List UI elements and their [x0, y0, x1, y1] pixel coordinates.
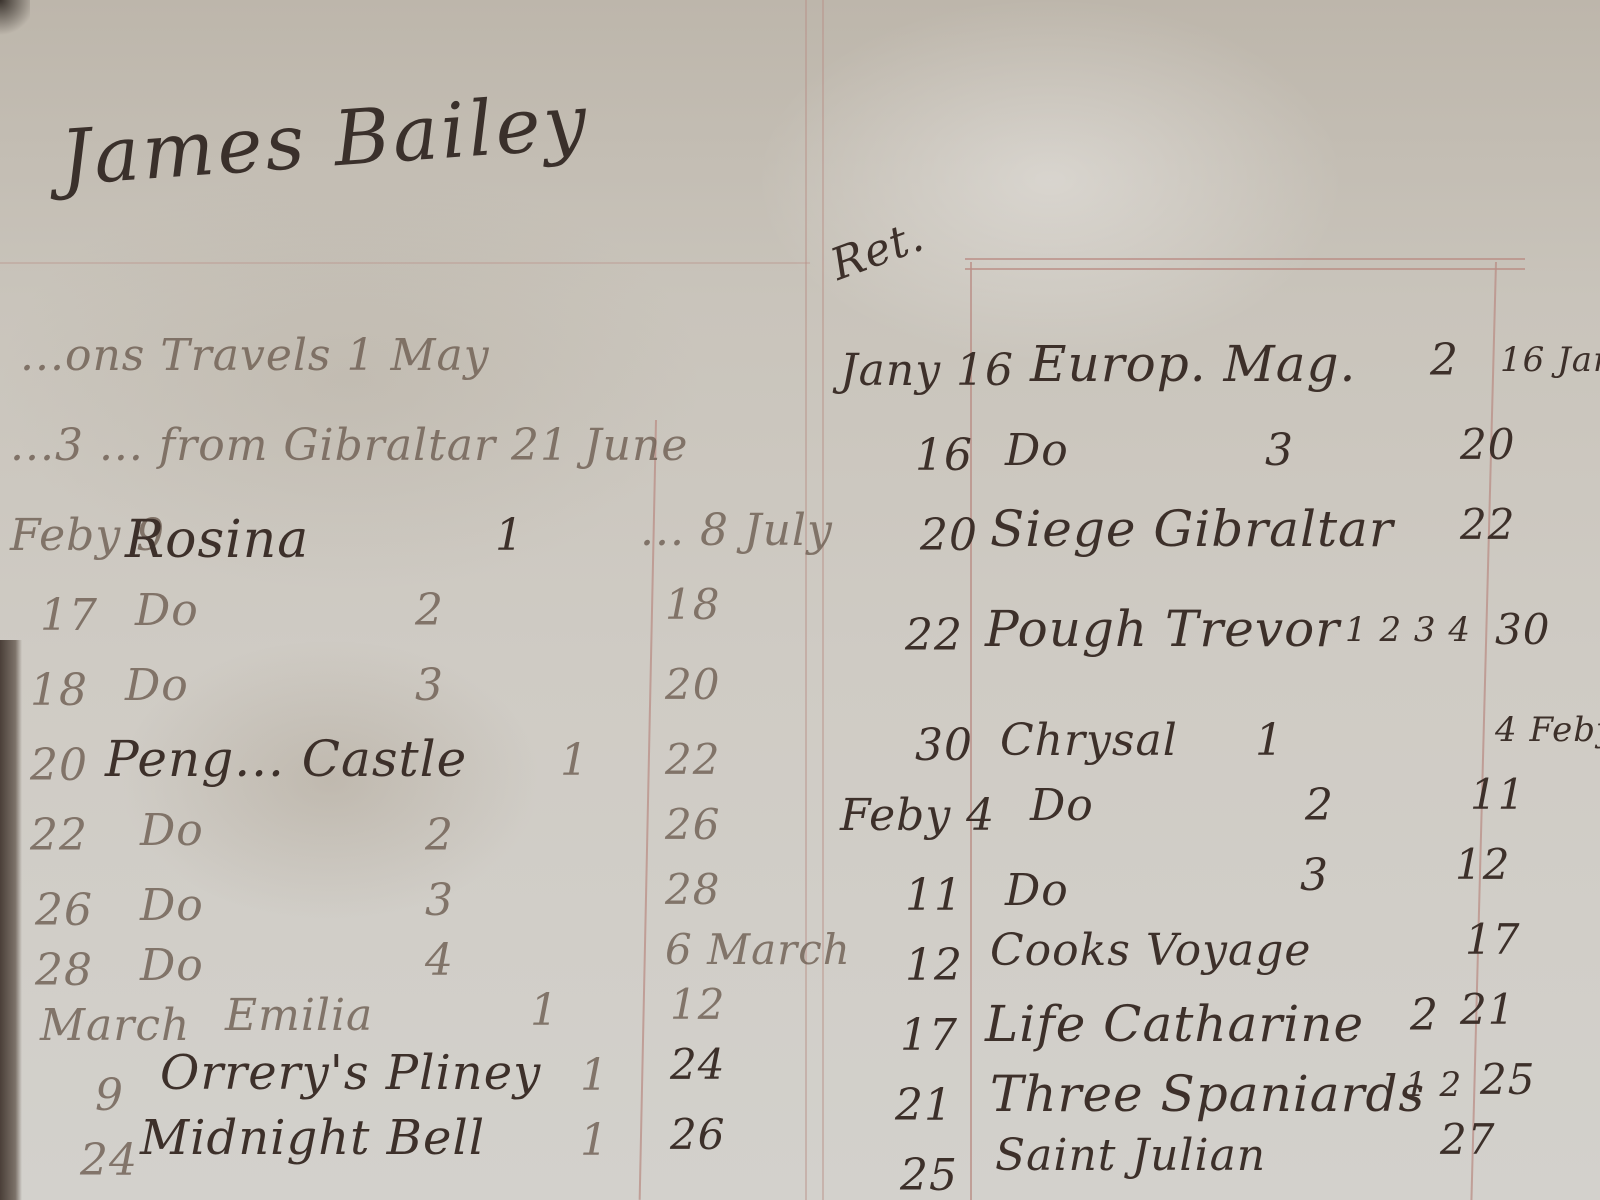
entry-title: Do — [1005, 865, 1069, 916]
entry-date: March — [40, 1000, 190, 1051]
entry-volume: 1 — [560, 735, 589, 786]
entry-volume: 2 — [1305, 780, 1334, 831]
entry-return: 17 — [1465, 915, 1520, 964]
entry-date: 12 — [905, 940, 963, 991]
entry-date: 17 — [900, 1010, 958, 1061]
entry-return: 20 — [665, 660, 720, 709]
entry-volume: 2 — [425, 810, 454, 861]
rule-center-1 — [805, 0, 807, 1200]
entry-return: 11 — [1470, 770, 1525, 819]
entry-title: Rosina — [125, 510, 309, 570]
entry-title: Chrysal — [1000, 715, 1178, 766]
rule-center-2 — [822, 0, 824, 1200]
entry-volume: 4 — [425, 935, 454, 986]
entry-title: Peng... Castle — [105, 730, 467, 788]
entry-return: 28 — [665, 865, 720, 914]
entry-return: 26 — [670, 1110, 725, 1159]
entry-return: 24 — [670, 1040, 725, 1089]
entry-return: 21 — [1460, 985, 1515, 1034]
right-header: Ret. — [824, 210, 931, 290]
entry-title: Pough Trevor — [985, 600, 1340, 658]
entry-return: 16 Jan — [1500, 340, 1600, 380]
entry-volume: 1 — [580, 1115, 609, 1166]
entry-volume: 3 — [1265, 425, 1294, 476]
entry-volume: 1 — [580, 1050, 609, 1101]
entry-return: 12 — [1455, 840, 1510, 889]
entry-volume: 1 2 — [1405, 1065, 1462, 1105]
entry-title: Three Spaniards — [990, 1065, 1425, 1123]
entry-date: 28 — [35, 945, 93, 996]
entry-return: 30 — [1495, 605, 1550, 654]
entry-return: 22 — [1460, 500, 1515, 549]
entry-return: 6 March — [665, 925, 851, 974]
entry-date: Feby 4 — [840, 790, 995, 841]
entry-date: 16 — [915, 430, 973, 481]
entry-return: 22 — [665, 735, 720, 784]
entry-date: 30 — [915, 720, 973, 771]
rule-left-top — [0, 262, 810, 264]
page-corner-shadow — [0, 0, 30, 40]
entry-return: 20 — [1460, 420, 1515, 469]
left-header-line: ... 8 July — [640, 505, 833, 556]
entry-title: Orrery's Pliney — [160, 1045, 541, 1101]
entry-return: 25 — [1480, 1055, 1535, 1104]
entry-date: 26 — [35, 885, 93, 936]
entry-title: Europ. Mag. — [1030, 335, 1356, 393]
entry-return: 26 — [665, 800, 720, 849]
entry-return: 12 — [670, 980, 725, 1029]
entry-date: 9 — [95, 1070, 124, 1121]
entry-date: 22 — [30, 810, 88, 861]
entry-volume: 1 2 3 4 — [1345, 610, 1471, 650]
left-header-line: ...ons Travels 1 May — [20, 330, 490, 381]
entry-title: Saint Julian — [995, 1130, 1266, 1181]
entry-return: 4 Feby — [1495, 710, 1600, 750]
entry-title: Life Catharine — [985, 995, 1364, 1053]
entry-title: Do — [125, 660, 189, 711]
entry-volume: 1 — [495, 510, 524, 561]
account-name: James Bailey — [58, 77, 593, 203]
entry-date: Jany 16 — [840, 345, 1014, 396]
entry-return: 27 — [1440, 1115, 1495, 1164]
entry-title: Do — [1005, 425, 1069, 476]
rule-right-top-2 — [965, 268, 1525, 270]
entry-title: Cooks Voyage — [990, 925, 1311, 976]
entry-title: Emilia — [225, 990, 373, 1041]
binding-edge — [0, 640, 22, 1200]
entry-title: Do — [140, 805, 204, 856]
entry-volume: 1 — [530, 985, 559, 1036]
rule-right-top — [965, 258, 1525, 260]
entry-volume: 3 — [1300, 850, 1329, 901]
entry-return: 18 — [665, 580, 720, 629]
entry-date: 11 — [905, 870, 963, 921]
entry-date: 20 — [920, 510, 978, 561]
entry-date: 18 — [30, 665, 88, 716]
entry-volume: 3 — [415, 660, 444, 711]
entry-date: 20 — [30, 740, 88, 791]
entry-title: Do — [135, 585, 199, 636]
entry-volume: 1 — [1255, 715, 1284, 766]
entry-date: 21 — [895, 1080, 953, 1131]
entry-date: 17 — [40, 590, 98, 641]
entry-date: 25 — [900, 1150, 958, 1200]
entry-volume: 3 — [425, 875, 454, 926]
entry-volume: 2 — [1410, 990, 1439, 1041]
entry-title: Siege Gibraltar — [990, 500, 1394, 558]
ledger-page: James Bailey ...ons Travels 1 May ...3 .… — [0, 0, 1600, 1200]
entry-volume: 2 — [1430, 335, 1459, 386]
entry-title: Do — [1030, 780, 1094, 831]
entry-date: 22 — [905, 610, 963, 661]
entry-title: Do — [140, 880, 204, 931]
entry-title: Midnight Bell — [140, 1110, 485, 1166]
entry-date: 24 — [80, 1135, 138, 1186]
entry-volume: 2 — [415, 585, 444, 636]
entry-title: Do — [140, 940, 204, 991]
left-header-line: ...3 ... from Gibraltar 21 June — [10, 420, 688, 471]
